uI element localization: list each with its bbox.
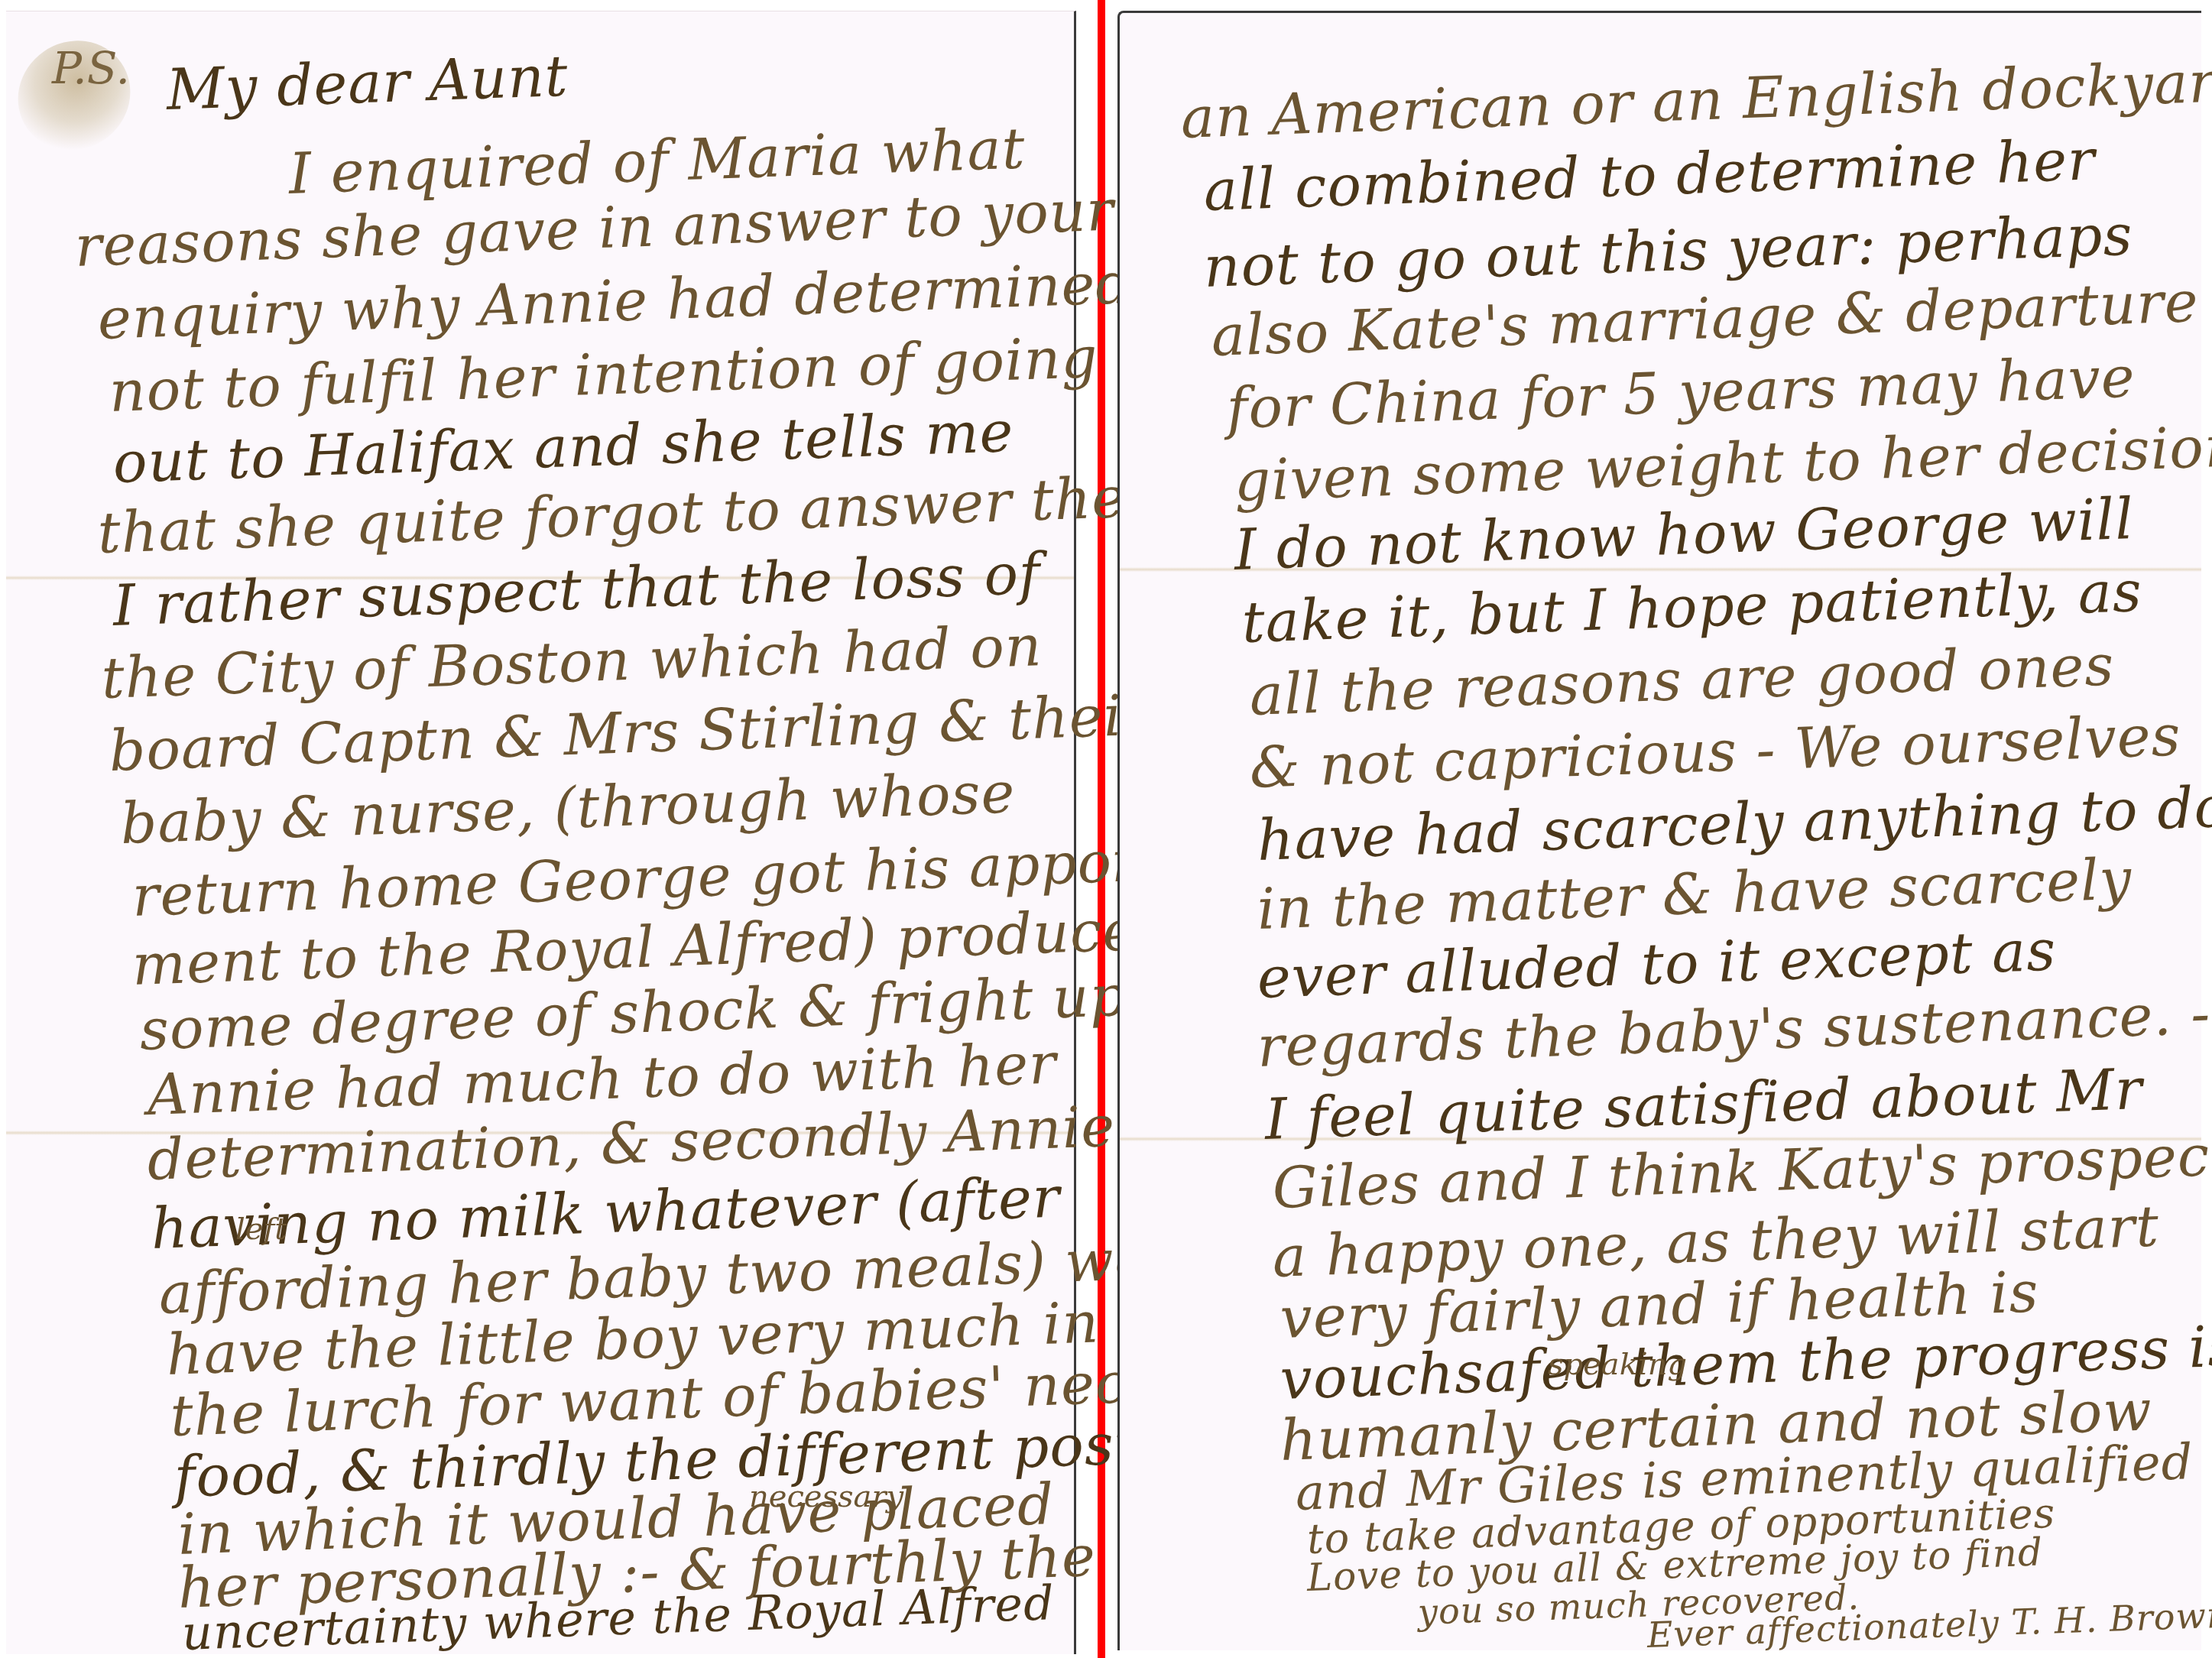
insert-left: left bbox=[235, 1212, 287, 1247]
letter-page-left: P.S. My dear Aunt I enquired of Maria wh… bbox=[6, 11, 1076, 1654]
insert-speaking: speaking bbox=[1548, 1347, 1687, 1382]
salutation: My dear Aunt bbox=[165, 44, 569, 123]
letter-page-right: an American or an English dockyard all c… bbox=[1117, 11, 2201, 1650]
ps-annotation: P.S. bbox=[52, 42, 130, 94]
insert-necessary: necessary bbox=[749, 1479, 903, 1514]
